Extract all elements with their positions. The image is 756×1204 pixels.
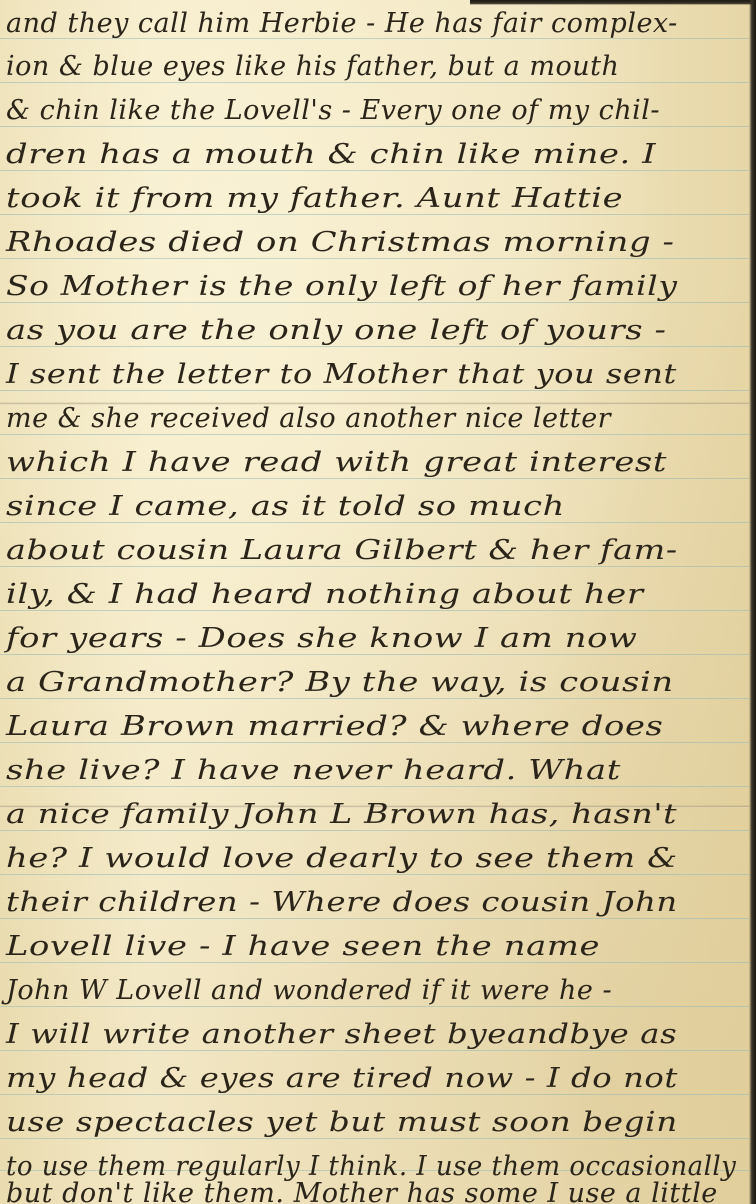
ruled-line	[0, 390, 749, 391]
ruled-line	[0, 654, 749, 655]
scan-border-top	[470, 0, 756, 5]
text-line-5: took it from my father. Aunt Hattie	[6, 185, 623, 212]
text-line-27: to use them regularly I think. I use the…	[6, 1153, 736, 1180]
ruled-line	[0, 1050, 749, 1051]
ruled-line	[0, 258, 749, 259]
text-line-6: Rhoades died on Christmas morning -	[6, 229, 675, 256]
text-line-28: but don't like them. Mother has some I u…	[6, 1180, 718, 1204]
text-line-24: I will write another sheet byeandbye as	[6, 1021, 677, 1048]
ruled-line	[0, 126, 749, 127]
ruled-line	[0, 610, 749, 611]
text-line-10: me & she received also another nice lett…	[6, 405, 611, 432]
text-line-1: and they call him Herbie - He has fair c…	[6, 10, 678, 37]
text-line-20: he? I would love dearly to see them &	[6, 845, 678, 872]
ruled-line	[0, 1138, 749, 1139]
text-line-17: Laura Brown married? & where does	[6, 713, 664, 740]
ruled-line	[0, 214, 749, 215]
text-line-11: which I have read with great interest	[6, 449, 667, 476]
text-line-15: for years - Does she know I am now	[6, 625, 638, 652]
ruled-line	[0, 170, 749, 171]
ruled-line	[0, 566, 749, 567]
letter-page: and they call him Herbie - He has fair c…	[0, 0, 756, 1204]
text-line-8: as you are the only one left of yours -	[6, 317, 667, 344]
text-line-9: I sent the letter to Mother that you sen…	[6, 361, 677, 388]
text-line-16: a Grandmother? By the way, is cousin	[6, 669, 674, 696]
ruled-line	[0, 698, 749, 699]
text-line-18: she live? I have never heard. What	[6, 757, 621, 784]
text-line-25: my head & eyes are tired now - I do not	[6, 1065, 678, 1092]
text-line-13: about cousin Laura Gilbert & her fam-	[6, 537, 678, 564]
ruled-line	[0, 478, 749, 479]
ruled-line	[0, 786, 749, 787]
ruled-line	[0, 918, 749, 919]
ruled-line	[0, 302, 749, 303]
text-line-12: since I came, as it told so much	[6, 493, 565, 520]
ruled-line	[0, 830, 749, 831]
ruled-line	[0, 82, 749, 83]
ruled-line	[0, 1006, 749, 1007]
text-line-21: their children - Where does cousin John	[6, 889, 678, 916]
ruled-line	[0, 434, 749, 435]
ruled-line	[0, 1094, 749, 1095]
text-line-19: a nice family John L Brown has, hasn't	[6, 801, 677, 828]
text-line-22: Lovell live - I have seen the name	[6, 933, 600, 960]
ruled-line	[0, 874, 749, 875]
ruled-line	[0, 742, 749, 743]
text-line-3: & chin like the Lovell's - Every one of …	[6, 97, 660, 124]
text-line-2: ion & blue eyes like his father, but a m…	[6, 53, 619, 80]
text-line-23: John W Lovell and wondered if it were he…	[6, 977, 612, 1004]
scan-border-right	[749, 0, 756, 1204]
text-line-4: dren has a mouth & chin like mine. I	[6, 141, 656, 168]
text-line-26: use spectacles yet but must soon begin	[6, 1109, 678, 1136]
ruled-line	[0, 346, 749, 347]
ruled-line	[0, 522, 749, 523]
text-line-7: So Mother is the only left of her family	[6, 273, 678, 300]
text-line-14: ily, & I had heard nothing about her	[6, 581, 644, 608]
ruled-line	[0, 962, 749, 963]
